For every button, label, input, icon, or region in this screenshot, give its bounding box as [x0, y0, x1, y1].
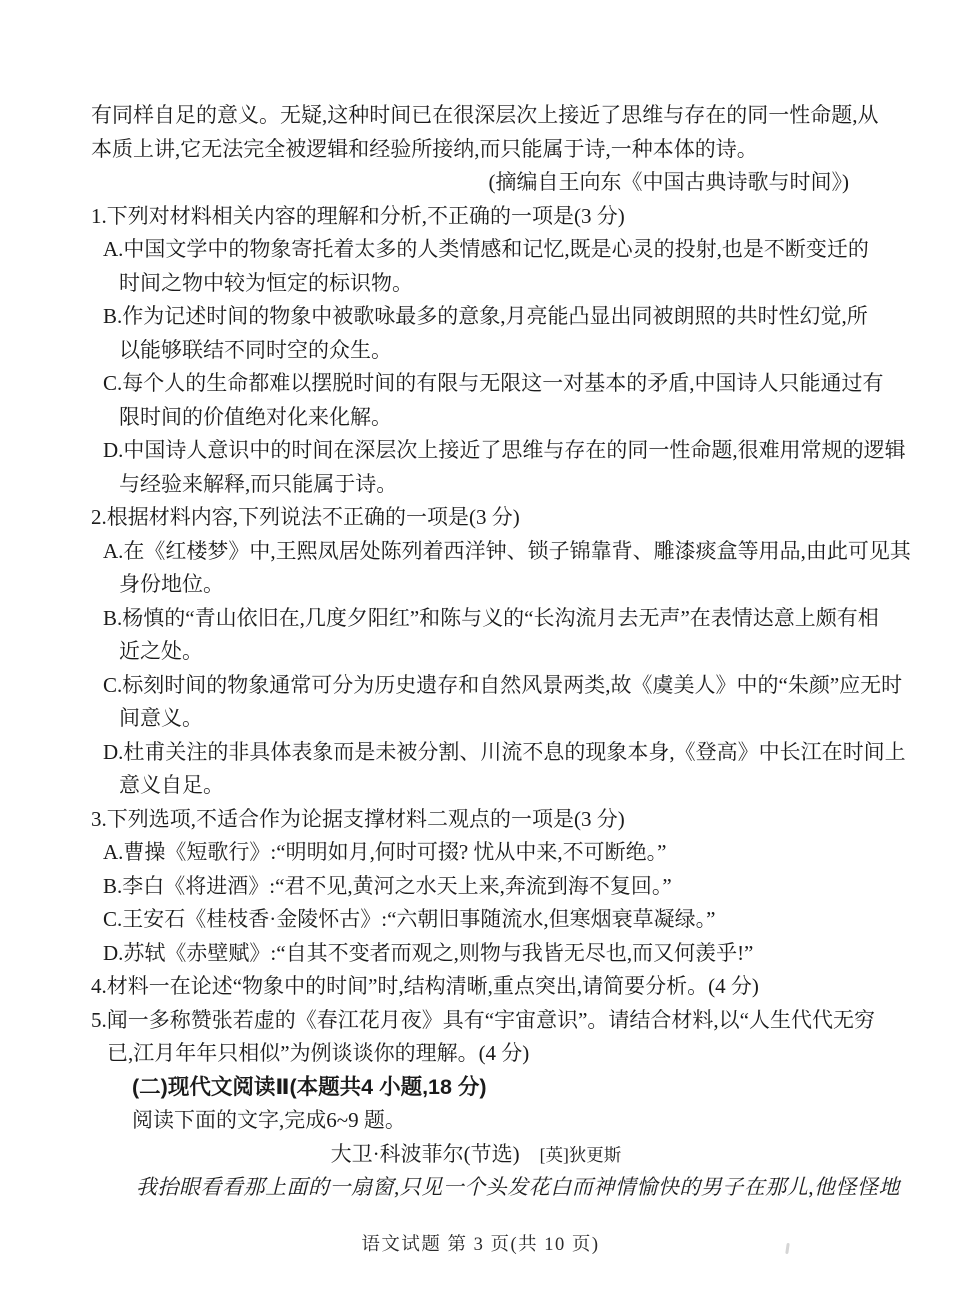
option-line: D.苏轼《赤壁赋》:“自其不变者而观之,则物与我皆无尽也,而又何羡乎!” [91, 937, 861, 971]
novel-author: [英]狄更斯 [540, 1145, 622, 1165]
option-line: D.中国诗人意识中的时间在深层次上接近了思维与存在的同一性命题,很难用常规的逻辑 [91, 434, 861, 468]
novel-title-line: 大卫·科波菲尔(节选)[英]狄更斯 [91, 1138, 861, 1172]
option-line: A.中国文学中的物象寄托着太多的人类情感和记忆,既是心灵的投射,也是不断变迁的 [91, 233, 861, 267]
option-line: B.李白《将进酒》:“君不见,黄河之水天上来,奔流到海不复回。” [91, 870, 861, 904]
novel-title: 大卫·科波菲尔(节选) [331, 1142, 520, 1166]
question-stem: 3.下列选项,不适合作为论据支撑材料二观点的一项是(3 分) [91, 803, 861, 837]
source-attribution: (摘编自王向东《中国古典诗歌与时间》) [91, 166, 861, 200]
option-line-wrap: 时间之物中较为恒定的标识物。 [91, 267, 861, 301]
option-line: C.王安石《桂枝香·金陵怀古》:“六朝旧事随流水,但寒烟衰草凝绿。” [91, 903, 861, 937]
paragraph-line: 本质上讲,它无法完全被逻辑和经验所接纳,而只能属于诗,一种本体的诗。 [91, 133, 861, 167]
page-footer: 语文试题 第 3 页(共 10 页) [0, 1233, 961, 1257]
question-stem-wrap: 已,江月年年只相似”为例谈谈你的理解。(4 分) [91, 1037, 861, 1071]
option-line-wrap: 身份地位。 [91, 568, 861, 602]
instruction-line: 阅读下面的文字,完成6~9 题。 [91, 1104, 861, 1138]
document-body: 有同样自足的意义。无疑,这种时间已在很深层次上接近了思维与存在的同一性命题,从本… [91, 99, 861, 1205]
question-stem: 1.下列对材料相关内容的理解和分析,不正确的一项是(3 分) [91, 200, 861, 234]
option-line: D.杜甫关注的非具体表象而是未被分割、川流不息的现象本身,《登高》中长江在时间上 [91, 736, 861, 770]
question-stem: 2.根据材料内容,下列说法不正确的一项是(3 分) [91, 501, 861, 535]
option-line: B.作为记述时间的物象中被歌咏最多的意象,月亮能凸显出同被朗照的共时性幻觉,所 [91, 300, 861, 334]
option-line-wrap: 近之处。 [91, 635, 861, 669]
option-line-wrap: 间意义。 [91, 702, 861, 736]
section-heading: (二)现代文阅读Ⅱ(本题共4 小题,18 分) [91, 1071, 861, 1105]
option-line: B.杨慎的“青山依旧在,几度夕阳红”和陈与义的“长沟流月去无声”在表情达意上颇有… [91, 602, 861, 636]
option-line: A.在《红楼梦》中,王熙凤居处陈列着西洋钟、锁子锦靠背、雕漆痰盒等用品,由此可见… [91, 535, 861, 569]
paragraph-line: 有同样自足的意义。无疑,这种时间已在很深层次上接近了思维与存在的同一性命题,从 [91, 99, 861, 133]
option-line: A.曹操《短歌行》:“明明如月,何时可掇? 忧从中来,不可断绝。” [91, 836, 861, 870]
option-line-wrap: 以能够联结不同时空的众生。 [91, 334, 861, 368]
option-line-wrap: 限时间的价值绝对化来化解。 [91, 401, 861, 435]
option-line-wrap: 意义自足。 [91, 769, 861, 803]
option-line-wrap: 与经验来解释,而只能属于诗。 [91, 468, 861, 502]
option-line: C.每个人的生命都难以摆脱时间的有限与无限这一对基本的矛盾,中国诗人只能通过有 [91, 367, 861, 401]
exam-page: 有同样自足的意义。无疑,这种时间已在很深层次上接近了思维与存在的同一性命题,从本… [0, 0, 961, 1302]
excerpt-line: 我抬眼看看那上面的一扇窗,只见一个头发花白而神情愉快的男子在那儿,他怪怪地 [91, 1171, 861, 1205]
option-line: C.标刻时间的物象通常可分为历史遗存和自然风景两类,故《虞美人》中的“朱颜”应无… [91, 669, 861, 703]
question-stem: 5.闻一多称赞张若虚的《春江花月夜》具有“宇宙意识”。请结合材料,以“人生代代无… [91, 1004, 861, 1038]
question-stem: 4.材料一在论述“物象中的时间”时,结构清晰,重点突出,请简要分析。(4 分) [91, 970, 861, 1004]
